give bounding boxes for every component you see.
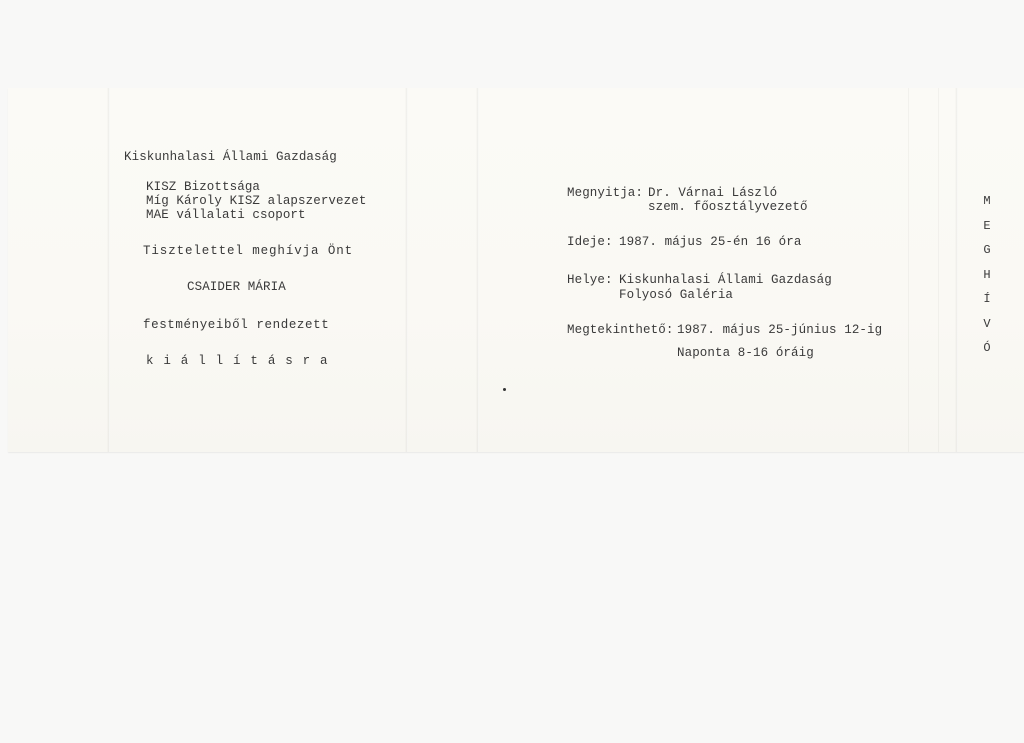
time-value: 1987. május 25-én 16 óra xyxy=(619,235,801,249)
event-word: k i á l l í t á s r a xyxy=(146,354,329,368)
opening-name: Dr. Várnai László xyxy=(648,186,777,200)
invitation-paper xyxy=(8,88,1024,452)
fold-line xyxy=(476,88,479,452)
crease xyxy=(908,88,909,452)
time-label: Ideje: xyxy=(567,235,613,249)
place-line2: Folyosó Galéria xyxy=(619,288,733,302)
organizer: Kiskunhalasi Állami Gazdaság xyxy=(124,150,337,164)
opening-label: Megnyitja: xyxy=(567,186,643,200)
invite-line: Tisztelettel meghívja Önt xyxy=(143,244,353,258)
side-title-letter: V xyxy=(980,317,994,342)
viewable-value: 1987. május 25-június 12-ig xyxy=(677,323,882,337)
ink-speck xyxy=(503,388,506,391)
crease xyxy=(938,88,939,452)
sub-organizer: Míg Károly KISZ alapszervezet xyxy=(146,194,366,208)
side-title: M E G H Í V Ó xyxy=(980,194,994,366)
side-title-letter: E xyxy=(980,219,994,244)
daily-hours: Naponta 8-16 óráig xyxy=(677,346,814,360)
opening-title: szem. főosztályvezető xyxy=(648,200,808,214)
artist-name: CSAIDER MÁRIA xyxy=(187,280,286,294)
fold-line xyxy=(955,88,958,452)
fold-line xyxy=(107,88,110,452)
side-title-letter: Í xyxy=(980,292,994,317)
sub-organizer: MAE vállalati csoport xyxy=(146,208,306,222)
side-title-letter: G xyxy=(980,243,994,268)
place-line1: Kiskunhalasi Állami Gazdaság xyxy=(619,273,832,287)
viewable-label: Megtekinthető: xyxy=(567,323,673,337)
sub-organizer: KISZ Bizottsága xyxy=(146,180,260,194)
side-title-letter: M xyxy=(980,194,994,219)
fold-line xyxy=(405,88,408,452)
side-title-letter: H xyxy=(980,268,994,293)
place-label: Helye: xyxy=(567,273,613,287)
description: festményeiből rendezett xyxy=(143,318,329,332)
side-title-letter: Ó xyxy=(980,341,994,366)
